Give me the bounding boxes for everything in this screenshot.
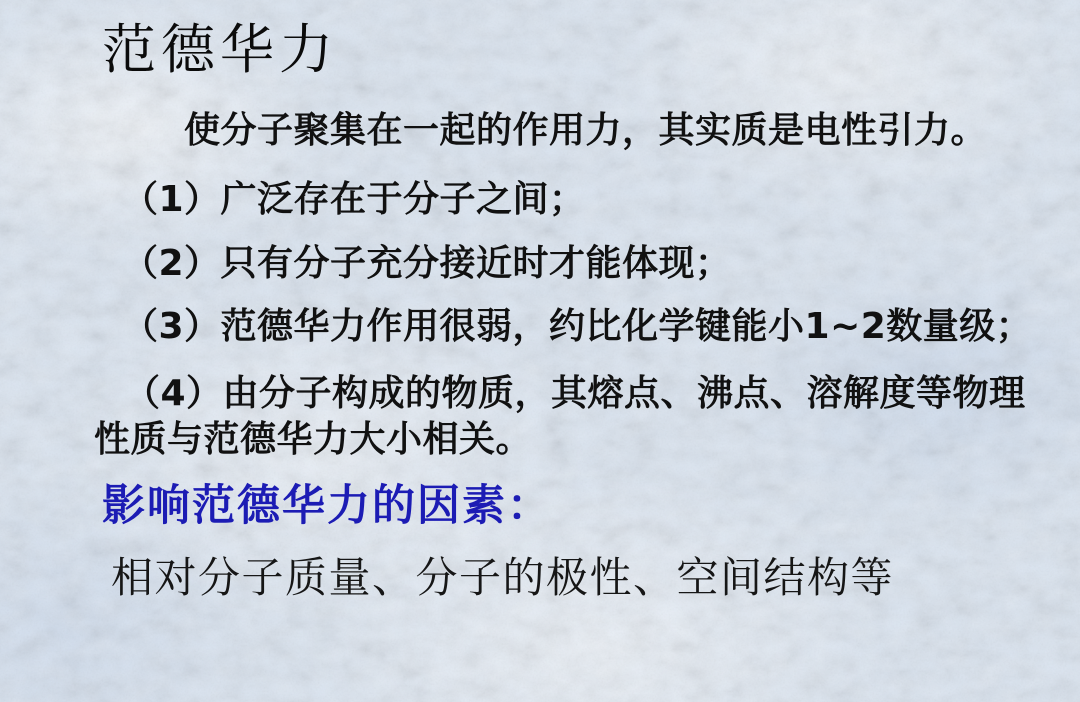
point-2: （2）只有分子充分接近时才能体现； <box>122 243 732 285</box>
slide-title: 范德华力 <box>102 18 338 82</box>
point-4: （4）由分子构成的物质，其熔点、沸点、溶解度等物理性质与范德华力大小相关。 <box>94 371 1039 463</box>
point-1: （1）广泛存在于分子之间； <box>122 179 586 221</box>
point-3: （3）范德华力作用很弱，约比化学键能小1~2数量级； <box>122 306 1032 348</box>
intro-line: 使分子聚集在一起的作用力，其实质是电性引力。 <box>184 110 987 152</box>
factors-text: 相对分子质量、分子的极性、空间结构等 <box>111 553 894 603</box>
factors-heading: 影响范德华力的因素： <box>102 481 552 532</box>
presentation-slide: 范德华力 使分子聚集在一起的作用力，其实质是电性引力。 （1）广泛存在于分子之间… <box>0 0 1080 702</box>
